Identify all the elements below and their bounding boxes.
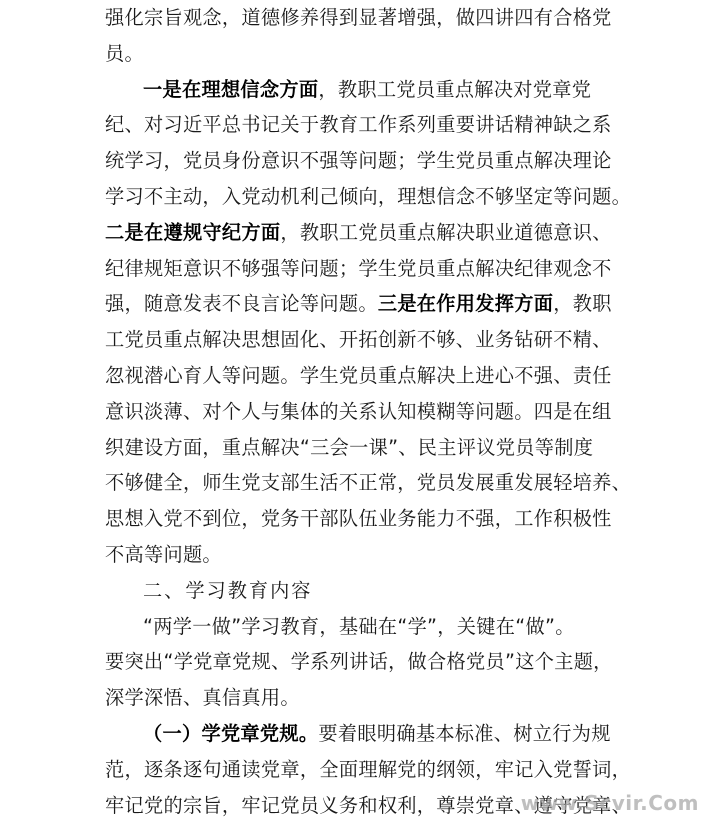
line-text: 强，随意发表不良言论等问题。 (105, 292, 378, 315)
paragraph-line: 范，逐条逐句通读党章，全面理解党的纲领，牢记入党誓词， (105, 752, 605, 788)
paragraph-line: 织建设方面，重点解决“三会一课”、民主评议党员等制度 (105, 430, 605, 466)
section-title: 二、学习教育内容 (105, 573, 605, 609)
section-heading-role: 三是在作用发挥方面 (378, 292, 553, 315)
subsection-heading: （一）学党章党规。 (143, 722, 318, 745)
line-text: 要着眼明确基本标准、树立行为规 (318, 722, 610, 745)
paragraph-line: 深学深悟、真信真用。 (105, 680, 605, 716)
line-text: ，教职工党员重点解决对党章党 (318, 78, 591, 101)
paragraph-line: 员。 (105, 36, 605, 72)
line-text: ，教职工党员重点解决职业道德意识、 (280, 221, 611, 244)
paragraph-line: （一）学党章党规。要着眼明确基本标准、树立行为规 (105, 716, 605, 752)
paragraph-line: 意识淡薄、对个人与集体的关系认知模糊等问题。四是在组 (105, 394, 605, 430)
paragraph-line: 统学习，党员身份意识不强等问题；学生党员重点解决理论 (105, 143, 605, 179)
paragraph-line: 强化宗旨观念，道德修养得到显著增强，做四讲四有合格党 (105, 0, 605, 36)
section-heading-discipline: 二是在遵规守纪方面 (105, 221, 280, 244)
paragraph-line: 二是在遵规守纪方面，教职工党员重点解决职业道德意识、 (105, 215, 605, 251)
section-heading-ideals: 一是在理想信念方面 (143, 78, 318, 101)
paragraph-line: 强，随意发表不良言论等问题。三是在作用发挥方面，教职 (105, 286, 605, 322)
paragraph-line: 学习不主动，入党动机利己倾向，理想信念不够坚定等问题。 (105, 179, 605, 215)
paragraph-line: 纪、对习近平总书记关于教育工作系列重要讲话精神缺之系 (105, 107, 605, 143)
paragraph-line: 工党员重点解决思想固化、开拓创新不够、业务钻研不精、 (105, 322, 605, 358)
paragraph-line: 忽视潜心育人等问题。学生党员重点解决上进心不强、责任 (105, 358, 605, 394)
paragraph-line: 要突出“学党章党规、学系列讲话，做合格党员”这个主题， (105, 644, 605, 680)
document-page: 强化宗旨观念，道德修养得到显著增强，做四讲四有合格党 员。 一是在理想信念方面，… (105, 0, 605, 817)
line-text: ，教职 (553, 292, 611, 315)
paragraph-line: 不够健全，师生党支部生活不正常，党员发展重发展轻培养、 (105, 465, 605, 501)
watermark: www.Scvir.Com (521, 791, 699, 815)
paragraph-line: 不高等问题。 (105, 537, 605, 573)
paragraph-line: “两学一做”学习教育，基础在“学”，关键在“做”。 (105, 609, 605, 645)
paragraph-line: 思想入党不到位，党务干部队伍业务能力不强，工作积极性 (105, 501, 605, 537)
paragraph-line: 纪律规矩意识不够强等问题；学生党员重点解决纪律观念不 (105, 251, 605, 287)
paragraph-line: 一是在理想信念方面，教职工党员重点解决对党章党 (105, 72, 605, 108)
